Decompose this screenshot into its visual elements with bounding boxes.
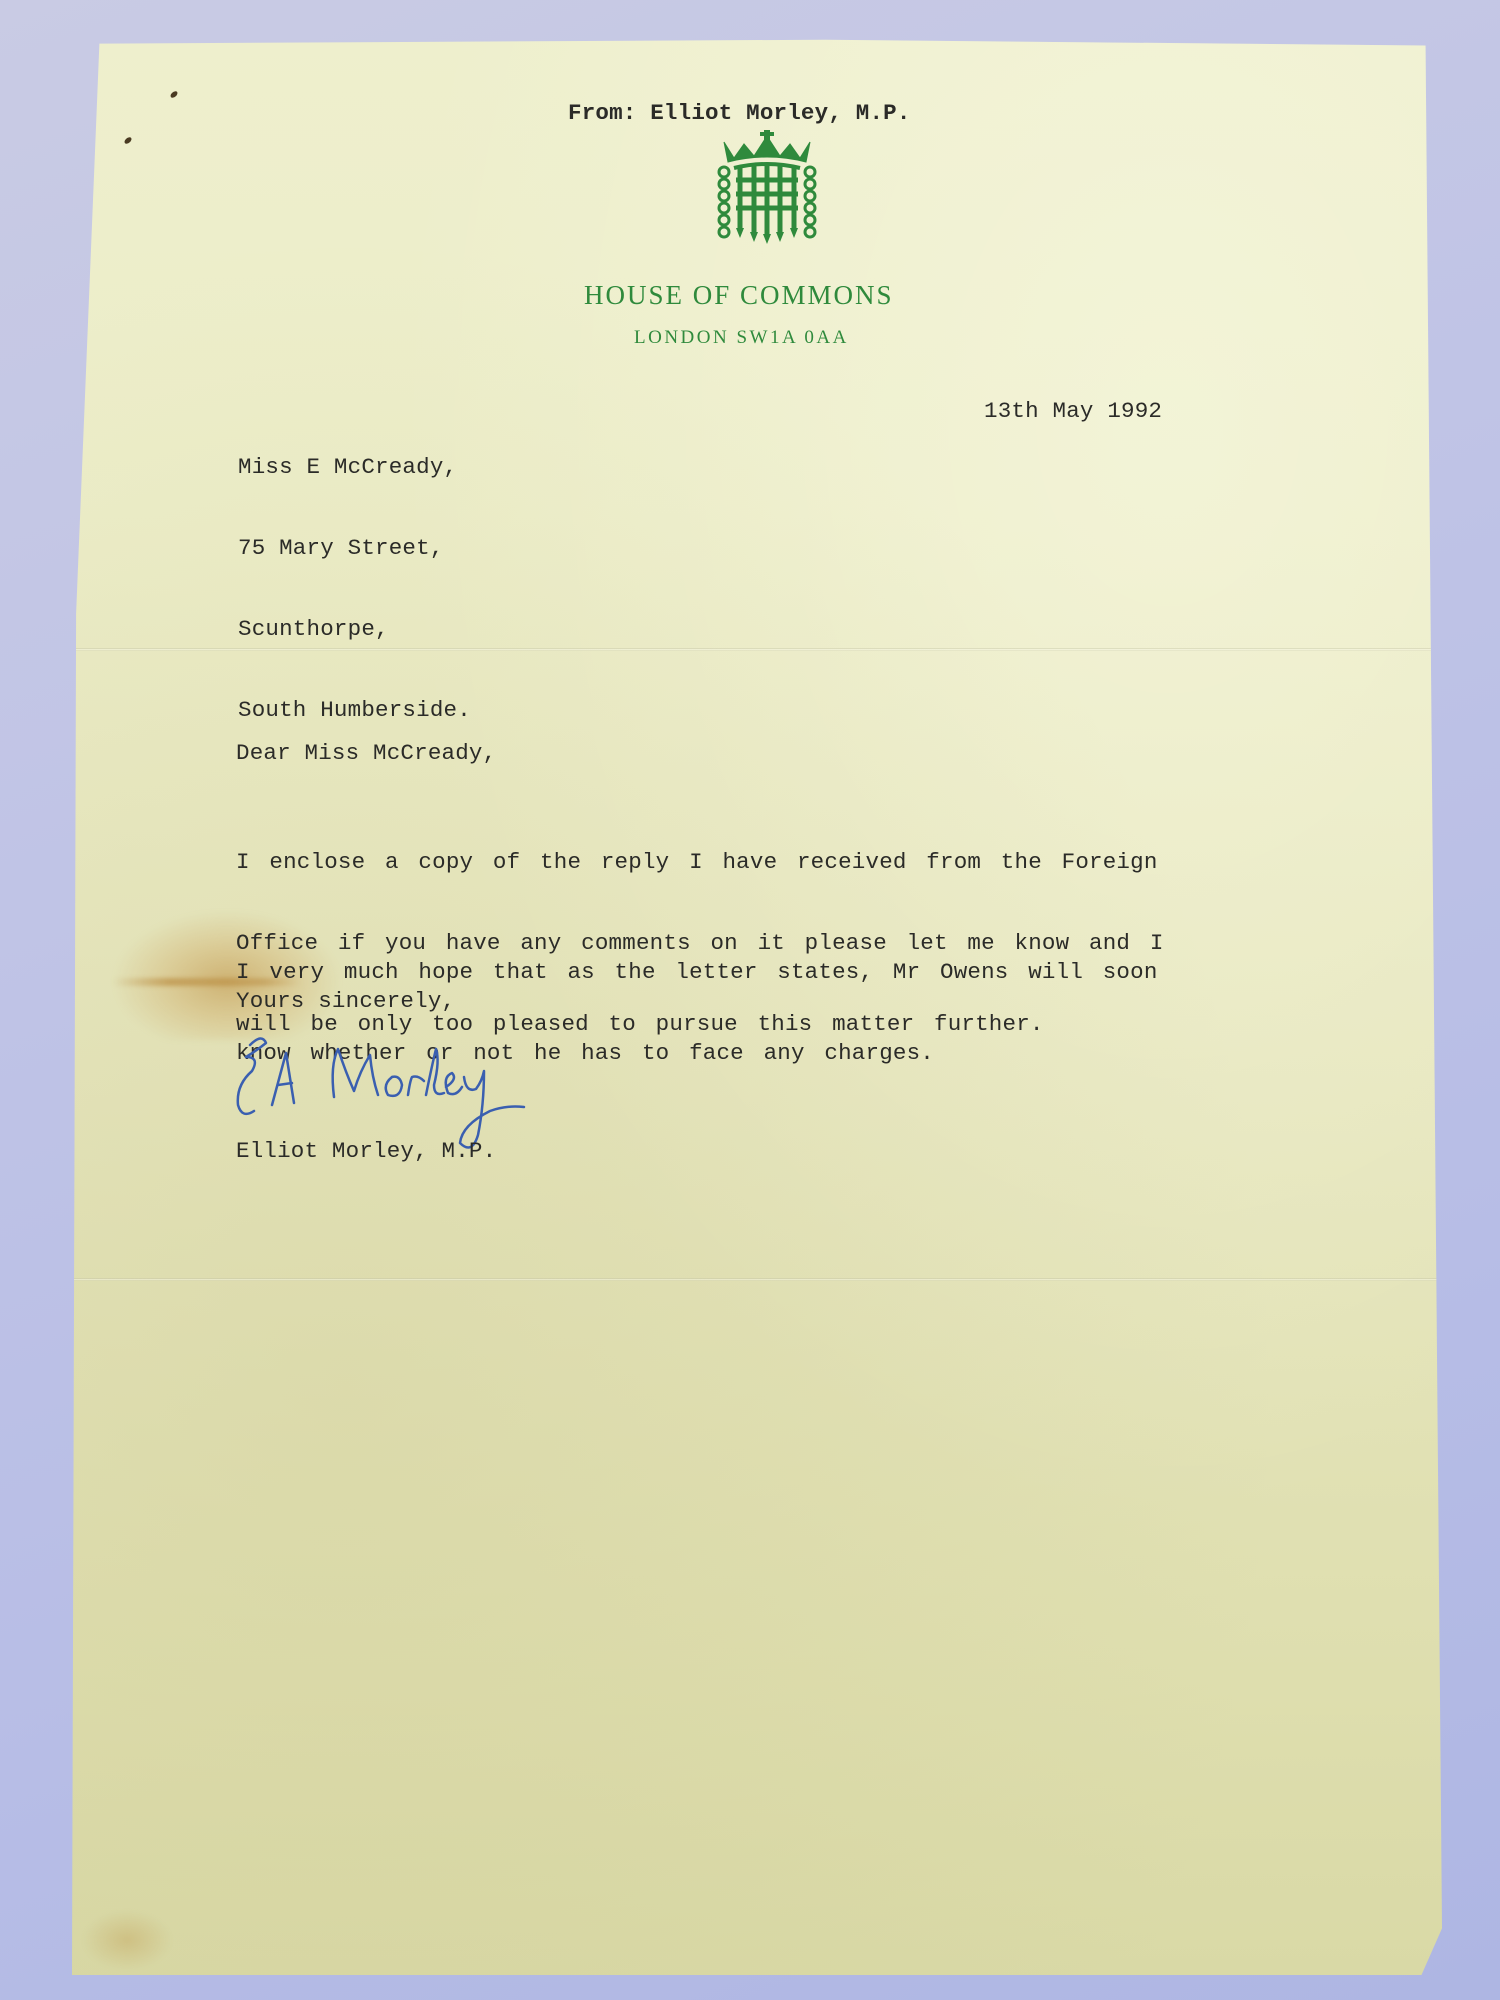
recipient-line: South Humberside. <box>238 697 471 724</box>
recipient-address: Miss E McCready, 75 Mary Street, Scuntho… <box>238 400 471 778</box>
closing: Yours sincerely, <box>236 988 455 1015</box>
from-line: From: Elliot Morley, M.P. <box>568 100 911 127</box>
paragraph-line: I enclose a copy of the reply I have rec… <box>236 849 1164 876</box>
paragraph-line: I very much hope that as the letter stat… <box>236 959 1158 986</box>
letter-paper: From: Elliot Morley, M.P. <box>72 30 1442 1975</box>
speck <box>169 90 178 99</box>
signatory-name: Elliot Morley, M.P. <box>236 1138 496 1165</box>
fold-line-bottom <box>72 1278 1442 1281</box>
corner-stain-mark <box>82 1910 172 1970</box>
salutation: Dear Miss McCready, <box>236 740 496 767</box>
letter-date: 13th May 1992 <box>984 398 1162 425</box>
speck <box>123 136 132 145</box>
recipient-line: 75 Mary Street, <box>238 535 471 562</box>
recipient-line: Scunthorpe, <box>238 616 471 643</box>
letterhead-address: LONDON SW1A 0AA <box>634 327 849 349</box>
portcullis-icon <box>712 128 822 248</box>
recipient-line: Miss E McCready, <box>238 454 471 481</box>
letterhead-title: HOUSE OF COMMONS <box>584 280 894 311</box>
